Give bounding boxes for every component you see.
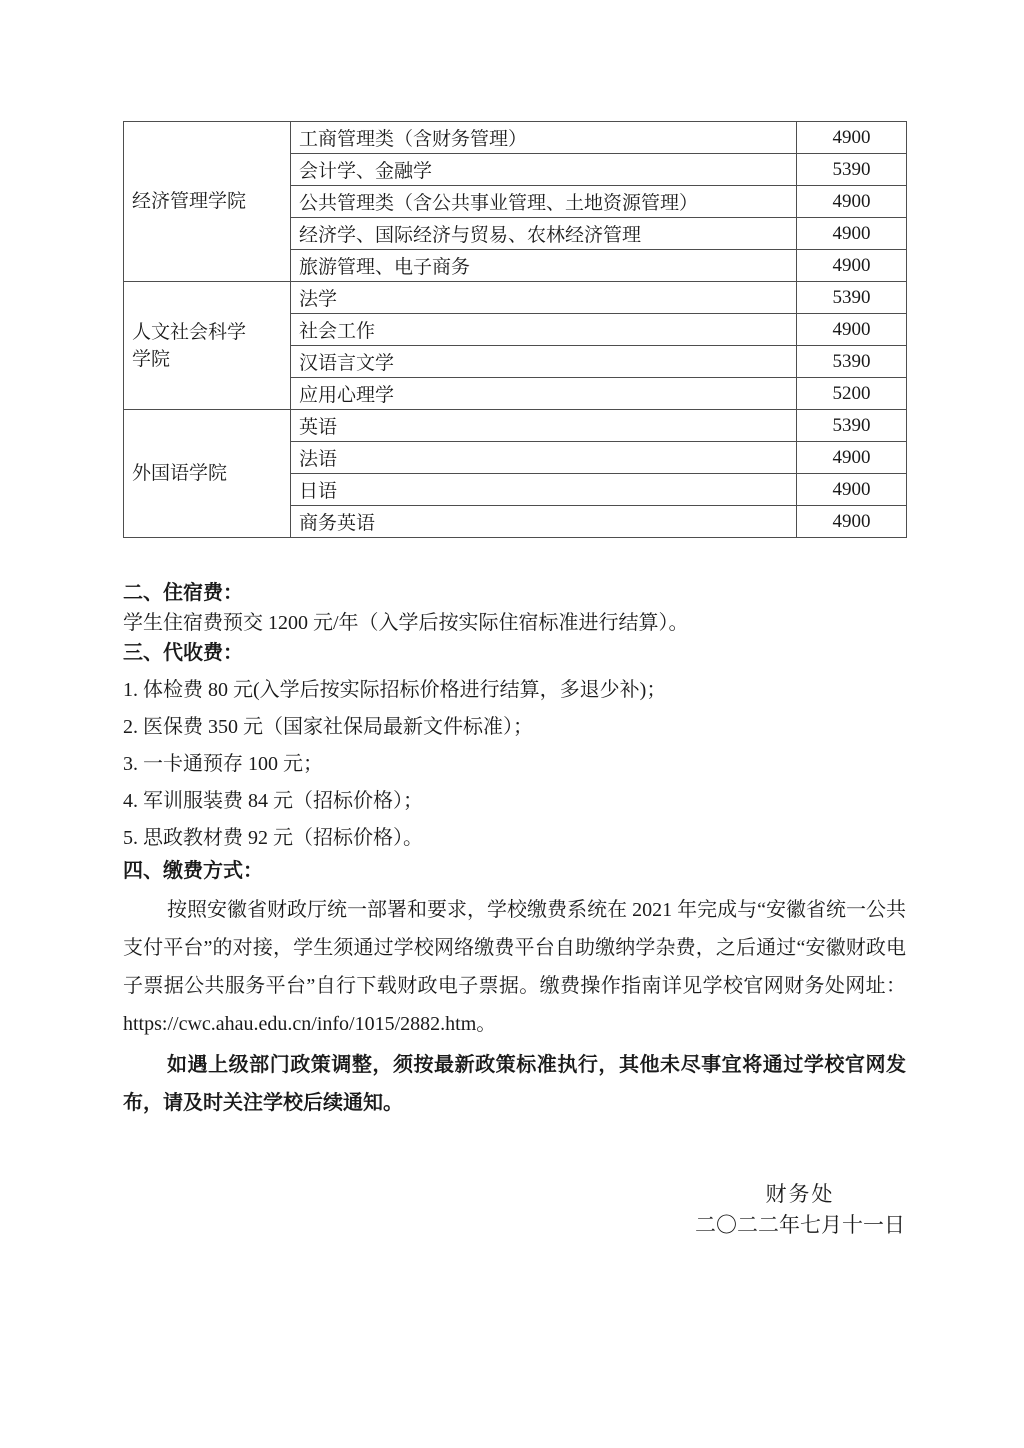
fee-cell: 4900 [797, 218, 907, 250]
major-cell: 法学 [291, 282, 797, 314]
table-row: 外国语学院 英语 5390 [124, 410, 907, 442]
collection-item: 4. 军训服装费 84 元（招标价格）； [123, 786, 906, 816]
fee-cell: 4900 [797, 122, 907, 154]
fee-cell: 5390 [797, 410, 907, 442]
collection-item: 3. 一卡通预存 100 元； [123, 749, 906, 779]
signature-block: 财务处 二〇二二年七月十一日 [685, 1179, 915, 1241]
major-cell: 社会工作 [291, 314, 797, 346]
major-cell: 旅游管理、电子商务 [291, 250, 797, 282]
table-row: 经济管理学院 工商管理类（含财务管理） 4900 [124, 122, 907, 154]
accommodation-text: 学生住宿费预交 1200 元/年（入学后按实际住宿标准进行结算）。 [123, 608, 906, 638]
college-cell: 外国语学院 [124, 410, 291, 538]
major-cell: 汉语言文学 [291, 346, 797, 378]
fee-cell: 5390 [797, 154, 907, 186]
major-cell: 日语 [291, 474, 797, 506]
fee-cell: 4900 [797, 250, 907, 282]
major-cell: 经济学、国际经济与贸易、农林经济管理 [291, 218, 797, 250]
signature-org: 财务处 [685, 1179, 915, 1210]
fee-cell: 4900 [797, 314, 907, 346]
page-content: 经济管理学院 工商管理类（含财务管理） 4900 会计学、金融学 5390 公共… [123, 121, 906, 1241]
fee-cell: 5390 [797, 282, 907, 314]
fee-cell: 5200 [797, 378, 907, 410]
fee-cell: 4900 [797, 474, 907, 506]
major-cell: 工商管理类（含财务管理） [291, 122, 797, 154]
major-cell: 英语 [291, 410, 797, 442]
section-heading-payment: 四、缴费方式： [123, 856, 906, 886]
payment-paragraph: 按照安徽省财政厅统一部署和要求，学校缴费系统在 2021 年完成与“安徽省统一公… [123, 891, 906, 1043]
policy-note-paragraph: 如遇上级部门政策调整，须按最新政策标准执行，其他未尽事宜将通过学校官网发布，请及… [123, 1046, 906, 1122]
major-cell: 应用心理学 [291, 378, 797, 410]
major-cell: 法语 [291, 442, 797, 474]
major-cell: 商务英语 [291, 506, 797, 538]
table-row: 人文社会科学 学院 法学 5390 [124, 282, 907, 314]
major-cell: 会计学、金融学 [291, 154, 797, 186]
document-page: 经济管理学院 工商管理类（含财务管理） 4900 会计学、金融学 5390 公共… [0, 0, 1024, 1448]
college-cell: 经济管理学院 [124, 122, 291, 282]
fee-cell: 5390 [797, 346, 907, 378]
college-cell: 人文社会科学 学院 [124, 282, 291, 410]
major-cell: 公共管理类（含公共事业管理、土地资源管理） [291, 186, 797, 218]
collection-item: 2. 医保费 350 元（国家社保局最新文件标准）； [123, 712, 906, 742]
collection-item: 5. 思政教材费 92 元（招标价格）。 [123, 823, 906, 853]
section-heading-accommodation: 二、住宿费： [123, 578, 906, 608]
section-heading-collection: 三、代收费： [123, 638, 906, 668]
collection-item: 1. 体检费 80 元(入学后按实际招标价格进行结算，多退少补)； [123, 675, 906, 705]
tuition-fee-table: 经济管理学院 工商管理类（含财务管理） 4900 会计学、金融学 5390 公共… [123, 121, 907, 538]
fee-cell: 4900 [797, 506, 907, 538]
fee-cell: 4900 [797, 442, 907, 474]
fee-cell: 4900 [797, 186, 907, 218]
signature-date: 二〇二二年七月十一日 [685, 1210, 915, 1241]
